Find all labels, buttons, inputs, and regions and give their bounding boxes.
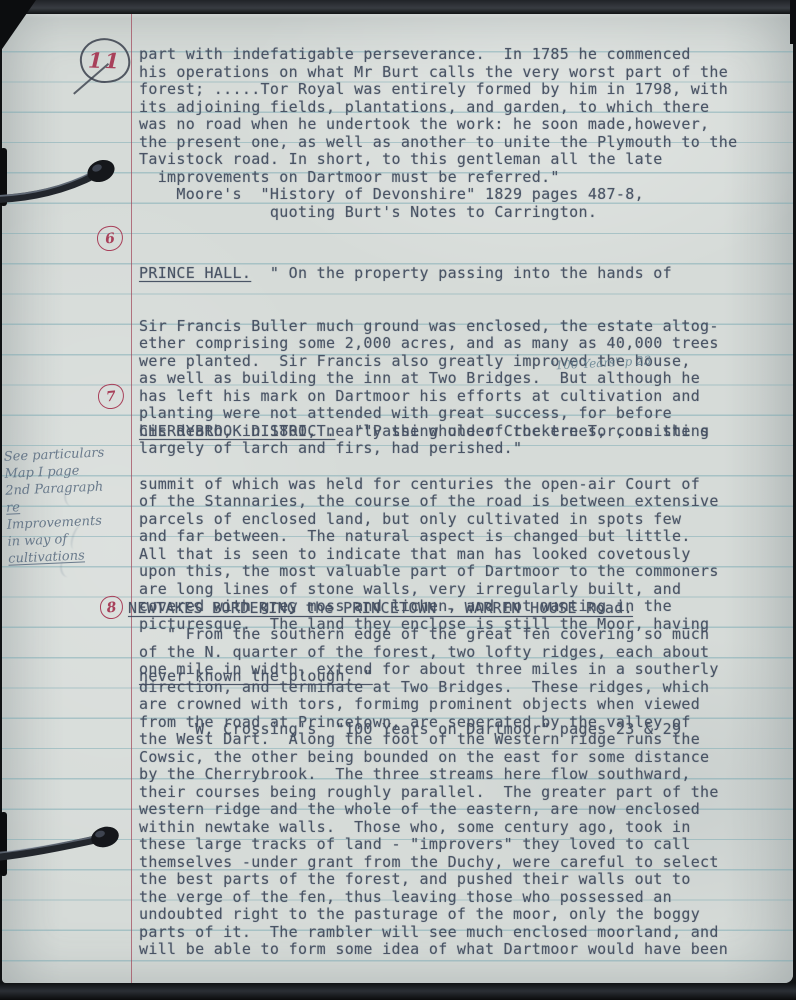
section-7-number: 7 [105,388,116,405]
section-7-number-circle: 7 [97,383,125,411]
section-6-heading-line: PRINCE HALL. " On the property passing i… [139,265,719,283]
scanned-notebook-photo: 11 part with indefatigable perseverance.… [0,0,796,1000]
intro-paragraph: part with indefatigable perseverance. In… [139,46,737,221]
section-7-heading: CHERRYBROOK DISTRICT. [139,422,335,440]
section-8-number-circle: 8 [99,595,124,620]
section-8-body: " From the southern edge of the great fe… [139,626,728,959]
section-7-heading-rest: ""Passing under Crockern Tor, on the s [335,422,709,440]
section-6-heading-rest: " On the property passing into the hands… [251,264,672,282]
section-8-heading: NEWTAKES BORDERING the PRINCETOWN - WARR… [128,600,633,618]
notebook-page: 11 part with indefatigable perseverance.… [2,14,793,983]
section-8-number: 8 [106,599,117,616]
section-6-heading: PRINCE HALL. [139,264,251,282]
ink-bleed-mark [64,484,80,506]
page-number: 11 [88,47,122,73]
page-number-circle: 11 [77,35,132,86]
section-7-heading-line: CHERRYBROOK DISTRICT. ""Passing under Cr… [139,423,719,441]
section-6-number: 6 [104,230,115,247]
section-6-number-circle: 6 [96,225,124,253]
